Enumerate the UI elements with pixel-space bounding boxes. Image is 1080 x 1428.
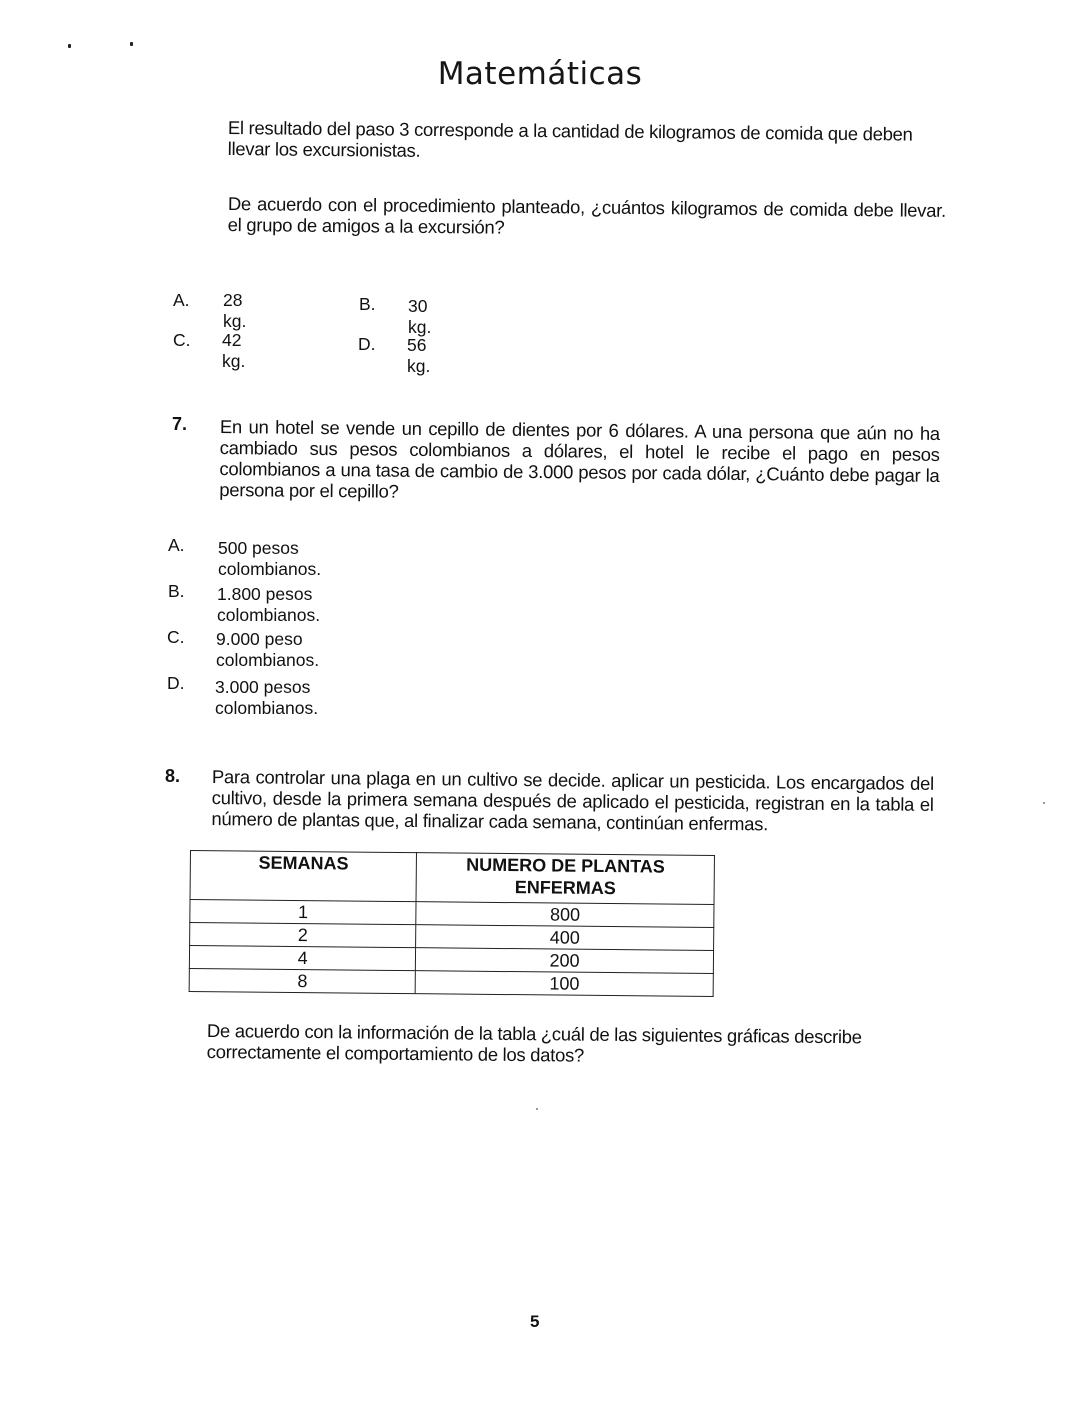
cell-week: 1 bbox=[190, 900, 417, 925]
cell-week: 4 bbox=[189, 946, 416, 971]
option-a-text[interactable]: 28 kg. bbox=[223, 290, 246, 332]
option-a-letter: A. bbox=[173, 290, 190, 311]
option-c-text[interactable]: 42 kg. bbox=[222, 330, 245, 372]
cell-count: 400 bbox=[416, 925, 714, 951]
intro-paragraph-2: De acuerdo con el procedimiento plantead… bbox=[228, 193, 946, 242]
cell-week: 8 bbox=[189, 968, 416, 993]
q7-option-b-letter: B. bbox=[168, 581, 185, 602]
q7-option-d-text[interactable]: 3.000 pesos colombianos. bbox=[215, 677, 318, 719]
q7-option-a-text[interactable]: 500 pesos colombianos. bbox=[218, 538, 321, 580]
q7-option-a-letter: A. bbox=[168, 535, 185, 556]
table-row: 8 100 bbox=[189, 968, 713, 996]
cell-week: 2 bbox=[190, 923, 417, 948]
cell-count: 200 bbox=[416, 948, 714, 974]
question-8-followup: De acuerdo con la información de la tabl… bbox=[207, 1020, 927, 1069]
header-semanas: SEMANAS bbox=[190, 851, 417, 902]
question-8-text: Para controlar una plaga en un cultivo s… bbox=[211, 766, 934, 836]
page-number: 5 bbox=[530, 1312, 539, 1332]
scan-speck bbox=[536, 1108, 538, 1110]
q7-option-d-letter: D. bbox=[167, 673, 185, 694]
intro-paragraph-1: El resultado del paso 3 corresponde a la… bbox=[228, 117, 946, 166]
option-d-letter: D. bbox=[358, 334, 376, 355]
header-plantas-enfermas: NUMERO DE PLANTAS ENFERMAS bbox=[416, 853, 714, 905]
q7-option-b-text[interactable]: 1.800 pesos colombianos. bbox=[217, 584, 320, 626]
scan-speck bbox=[68, 44, 71, 48]
page-title: Matemáticas bbox=[0, 56, 1080, 92]
option-b-letter: B. bbox=[359, 294, 376, 315]
question-7-number: 7. bbox=[172, 414, 187, 435]
option-c-letter: C. bbox=[173, 330, 191, 351]
q7-option-c-text[interactable]: 9.000 peso colombianos. bbox=[216, 629, 319, 671]
question-7-text: En un hotel se vende un cepillo de dient… bbox=[219, 416, 940, 507]
scan-speck bbox=[1043, 802, 1045, 804]
cell-count: 100 bbox=[415, 971, 713, 997]
q7-option-c-letter: C. bbox=[167, 627, 185, 648]
sick-plants-table: SEMANAS NUMERO DE PLANTAS ENFERMAS 1 800… bbox=[189, 850, 715, 997]
question-8-number: 8. bbox=[165, 766, 180, 787]
table-header-row: SEMANAS NUMERO DE PLANTAS ENFERMAS bbox=[190, 851, 714, 905]
cell-count: 800 bbox=[416, 902, 714, 928]
header-plantas-enfermas-text: NUMERO DE PLANTAS ENFERMAS bbox=[450, 854, 680, 900]
option-b-text[interactable]: 30 kg. bbox=[408, 296, 431, 338]
scan-speck bbox=[130, 42, 133, 46]
option-d-text[interactable]: 56 kg. bbox=[407, 335, 430, 377]
